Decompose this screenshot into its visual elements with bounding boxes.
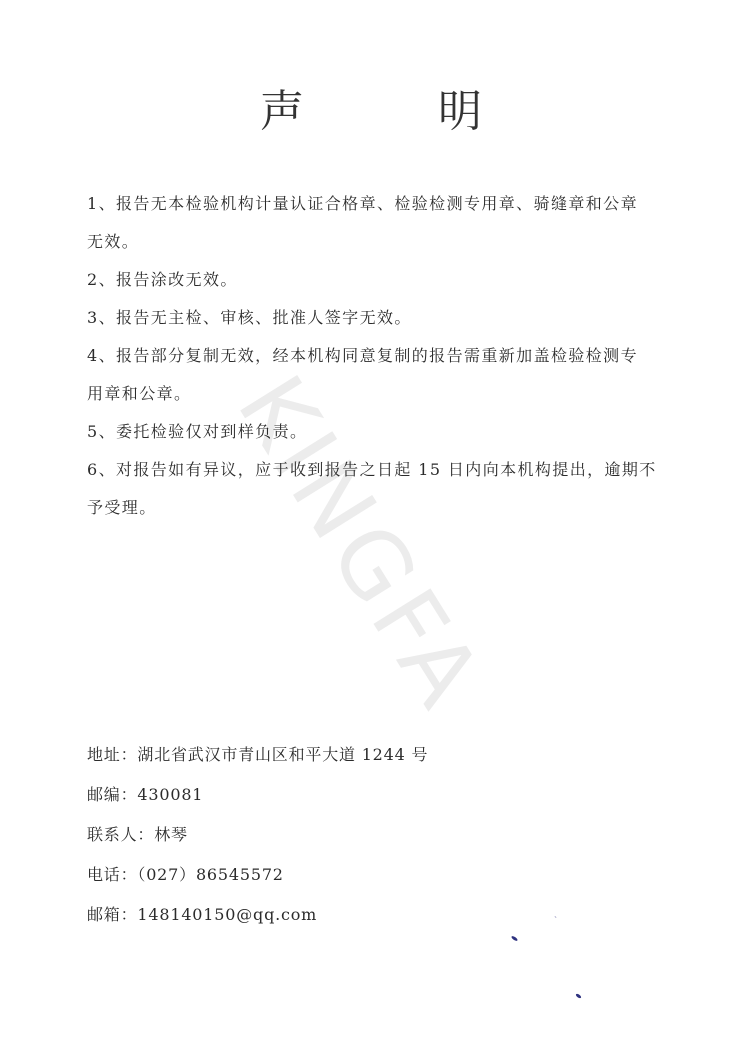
ink-speck — [575, 993, 582, 999]
clause-6: 6、对报告如有异议，应于收到报告之日起 15 日内向本机构提出，逾期不 予受理。 — [87, 451, 657, 527]
contact-info: 地址：湖北省武汉市青山区和平大道 1244 号 邮编：430081 联系人：林琴… — [87, 735, 587, 935]
clause-6-line-1: 6、对报告如有异议，应于收到报告之日起 15 日内向本机构提出，逾期不 — [87, 451, 657, 489]
clause-1: 1、报告无本检验机构计量认证合格章、检验检测专用章、骑缝章和公章 无效。 — [87, 185, 657, 261]
address-value: 湖北省武汉市青山区和平大道 1244 号 — [137, 745, 428, 764]
clause-2-line-1: 2、报告涂改无效。 — [87, 261, 657, 299]
email-label: 邮箱： — [87, 905, 137, 924]
phone-value: （027）86545572 — [137, 865, 283, 884]
clause-3: 3、报告无主检、审核、批准人签字无效。 — [87, 299, 657, 337]
email-row: 邮箱：148140150@qq.com — [87, 895, 587, 935]
postcode-row: 邮编：430081 — [87, 775, 587, 815]
clause-4-line-2: 用章和公章。 — [87, 375, 657, 413]
address-label: 地址： — [87, 745, 137, 764]
clause-6-line-2: 予受理。 — [87, 489, 657, 527]
contact-person-label: 联系人： — [87, 825, 154, 844]
title-char-1: 声 — [260, 82, 304, 142]
clause-1-line-1: 1、报告无本检验机构计量认证合格章、检验检测专用章、骑缝章和公章 — [87, 185, 657, 223]
contact-person-row: 联系人：林琴 — [87, 815, 587, 855]
email-value: 148140150@qq.com — [137, 905, 317, 924]
clause-4: 4、报告部分复制无效，经本机构同意复制的报告需重新加盖检验检测专 用章和公章。 — [87, 337, 657, 413]
title-char-2: 明 — [438, 82, 482, 142]
clause-2: 2、报告涂改无效。 — [87, 261, 657, 299]
declaration-clauses: 1、报告无本检验机构计量认证合格章、检验检测专用章、骑缝章和公章 无效。 2、报… — [87, 185, 657, 527]
clause-5-line-1: 5、委托检验仅对到样负责。 — [87, 413, 657, 451]
page-title: 声 明 — [0, 82, 750, 142]
clause-5: 5、委托检验仅对到样负责。 — [87, 413, 657, 451]
ink-speck — [511, 935, 518, 941]
postcode-label: 邮编： — [87, 785, 137, 804]
clause-4-line-1: 4、报告部分复制无效，经本机构同意复制的报告需重新加盖检验检测专 — [87, 337, 657, 375]
phone-label: 电话： — [87, 865, 137, 884]
clause-1-line-2: 无效。 — [87, 223, 657, 261]
phone-row: 电话：（027）86545572 — [87, 855, 587, 895]
postcode-value: 430081 — [137, 785, 203, 804]
clause-3-line-1: 3、报告无主检、审核、批准人签字无效。 — [87, 299, 657, 337]
address-row: 地址：湖北省武汉市青山区和平大道 1244 号 — [87, 735, 587, 775]
contact-person-value: 林琴 — [154, 825, 188, 844]
declaration-page: KINGFA 声 明 1、报告无本检验机构计量认证合格章、检验检测专用章、骑缝章… — [0, 0, 750, 1059]
